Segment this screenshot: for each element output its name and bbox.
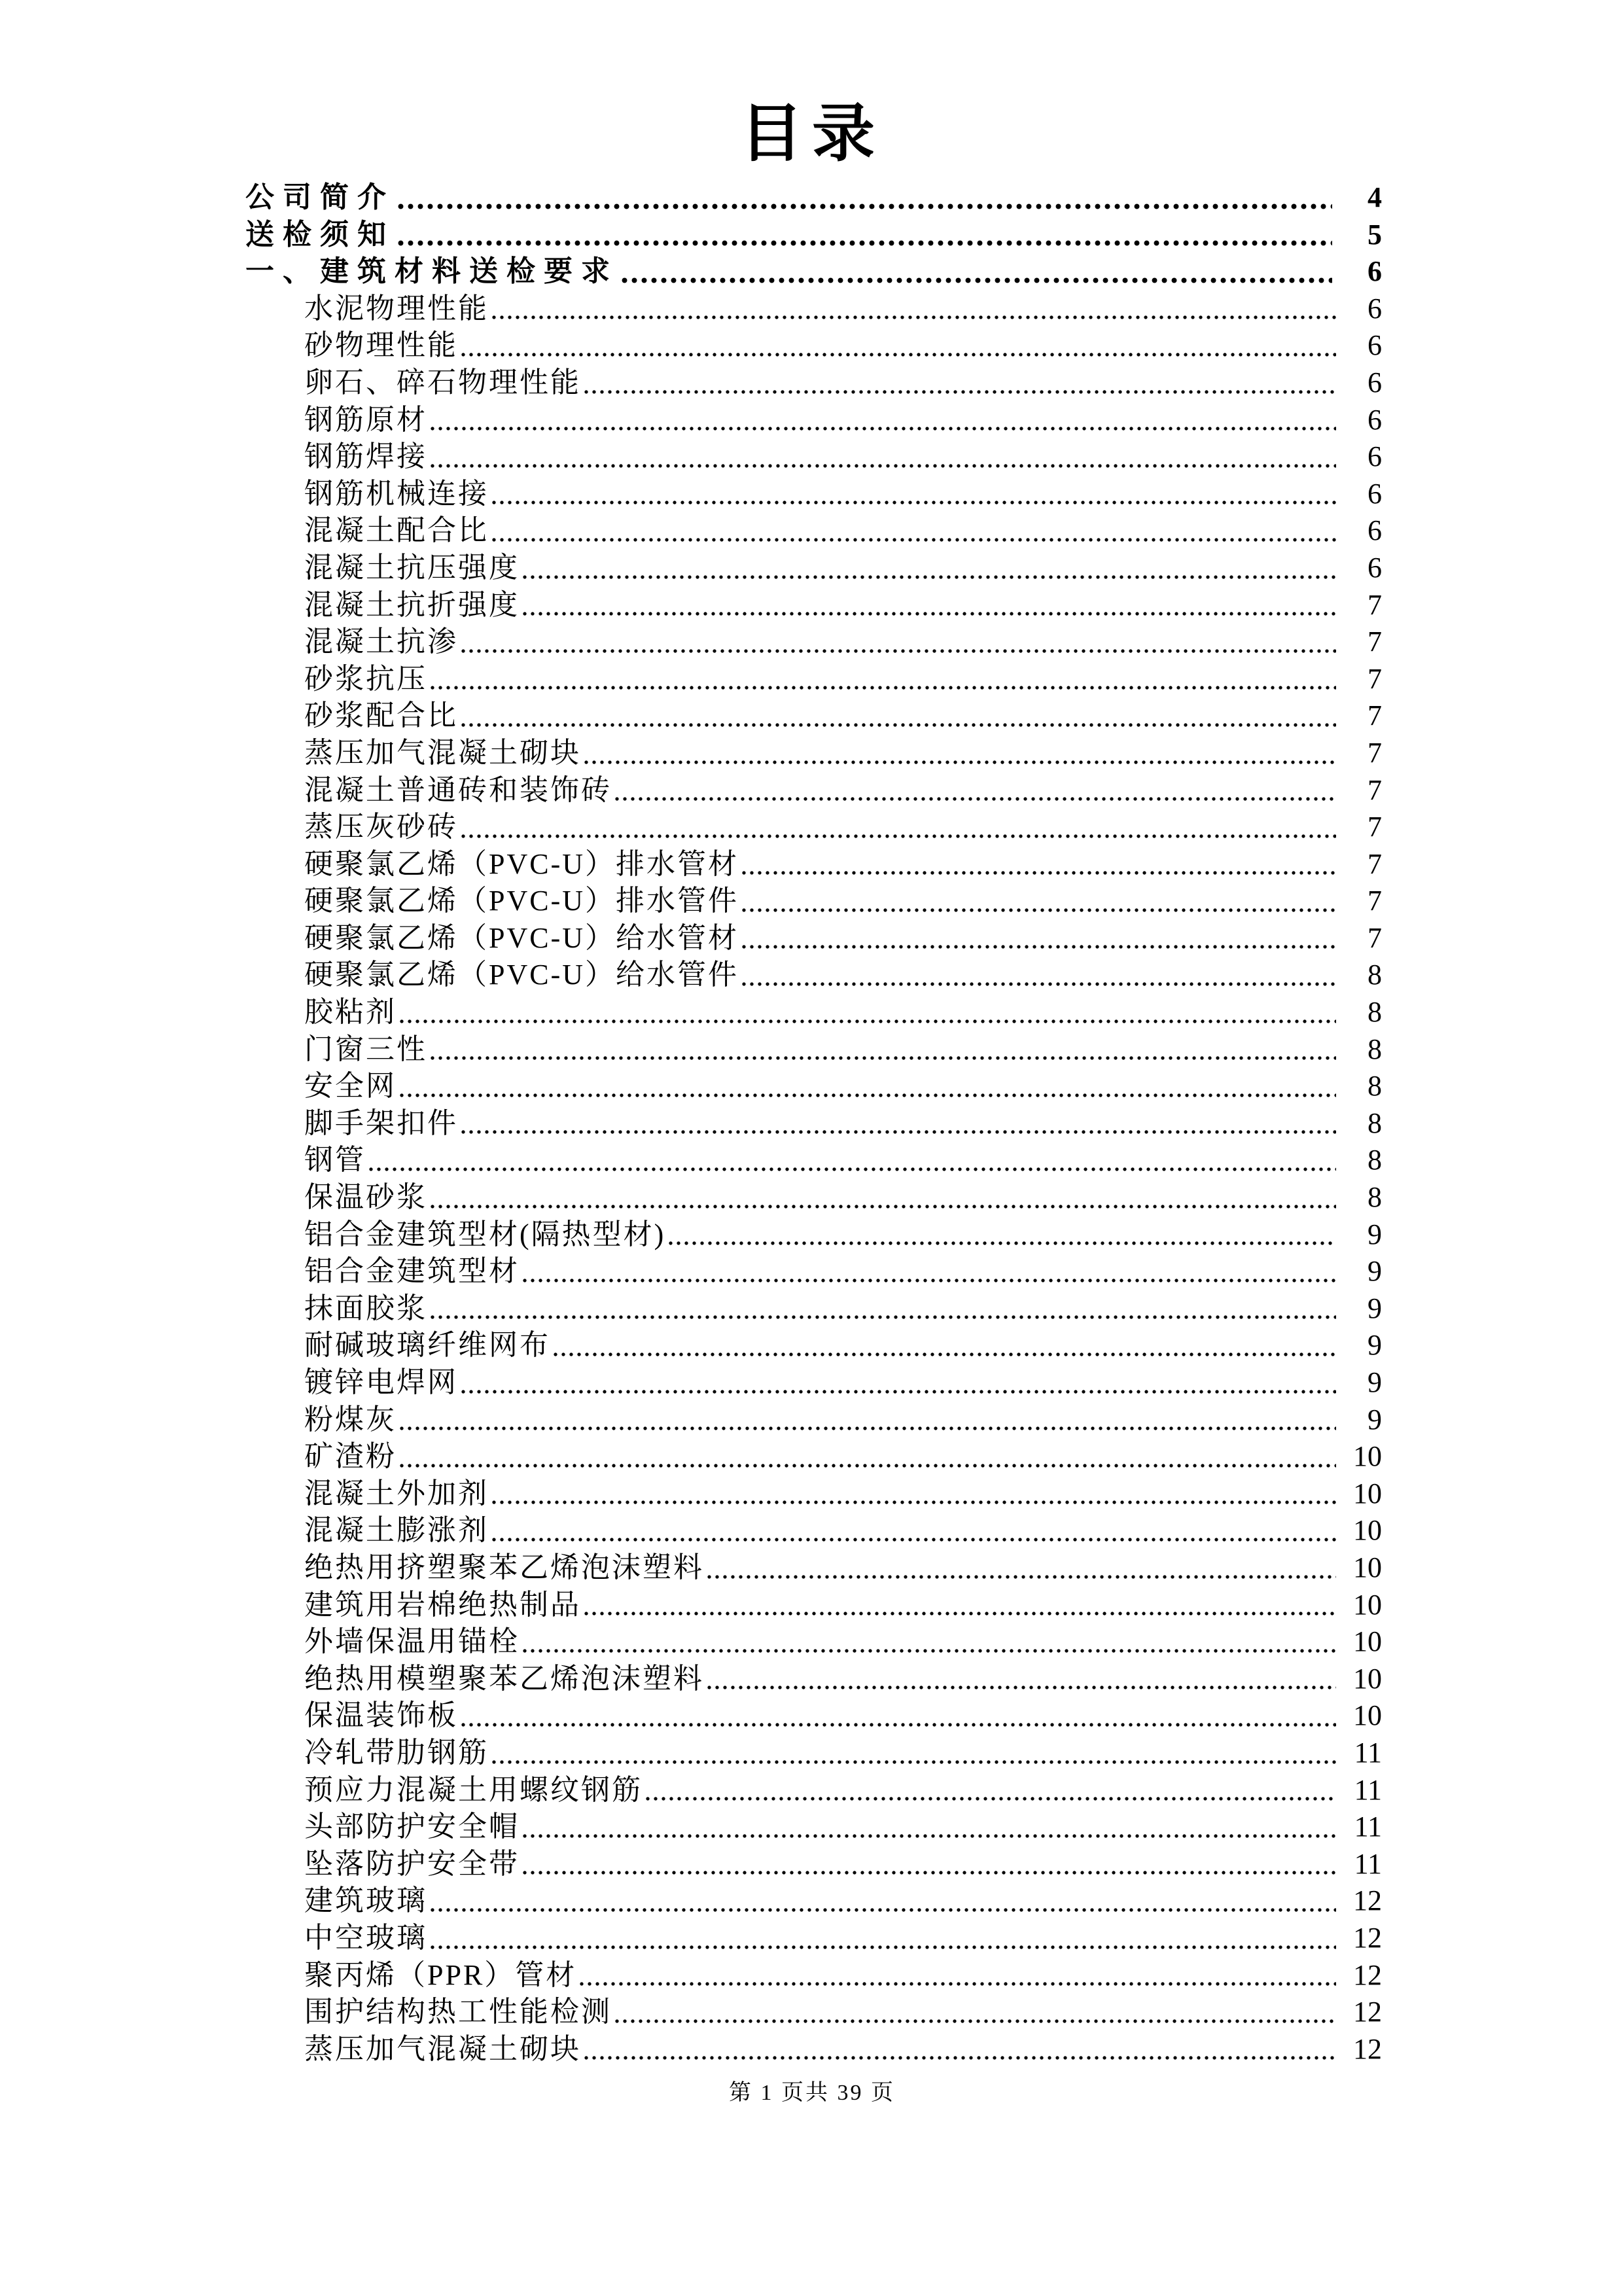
toc-leader-dots <box>582 364 1336 402</box>
toc-entry-label: 门窗三性 <box>245 1031 427 1069</box>
toc-entry-label: 砂物理性能 <box>245 327 458 364</box>
toc-leader-dots <box>552 1327 1336 1364</box>
toc-page-number: 12 <box>1341 2031 1382 2068</box>
toc-leader-dots <box>459 809 1336 846</box>
toc-page-number: 5 <box>1341 217 1382 254</box>
toc-page-number: 11 <box>1341 1846 1382 1883</box>
toc-leader-dots <box>490 512 1336 550</box>
toc-leader-dots <box>490 1475 1336 1513</box>
toc-entry-label: 一、建筑材料送检要求 <box>245 253 618 291</box>
toc-leader-dots <box>521 1846 1336 1883</box>
toc-leader-dots <box>582 735 1336 772</box>
toc-page-number: 6 <box>1341 327 1382 364</box>
toc-page-number: 7 <box>1341 661 1382 698</box>
toc-entry-label: 绝热用挤塑聚苯乙烯泡沫塑料 <box>245 1549 704 1587</box>
toc-row: 蒸压加气混凝土砌块12 <box>245 2031 1382 2068</box>
toc-page-number: 9 <box>1341 1290 1382 1328</box>
toc-leader-dots <box>521 587 1336 624</box>
toc-leader-dots <box>521 1623 1336 1661</box>
toc-entry-label: 砂浆配合比 <box>245 698 458 735</box>
toc-leader-dots <box>398 1402 1336 1439</box>
toc-page-number: 6 <box>1341 364 1382 402</box>
toc-entry-label: 建筑玻璃 <box>245 1882 427 1920</box>
toc-row: 镀锌电焊网9 <box>245 1364 1382 1402</box>
toc-entry-label: 抹面胶浆 <box>245 1290 427 1328</box>
toc-page-number: 12 <box>1341 1957 1382 1994</box>
toc-leader-dots <box>459 624 1336 661</box>
toc-page-number: 9 <box>1341 1364 1382 1402</box>
toc-page-number: 10 <box>1341 1623 1382 1661</box>
toc-page-number: 7 <box>1341 735 1382 772</box>
toc-row: 矿渣粉10 <box>245 1438 1382 1475</box>
toc-row: 公司简介4 <box>245 179 1382 217</box>
toc-page-number: 6 <box>1341 291 1382 328</box>
toc-entry-label: 头部防护安全帽 <box>245 1809 520 1846</box>
toc-entry-label: 硬聚氯乙烯（PVC-U）排水管件 <box>245 883 739 920</box>
toc-entry-label: 建筑用岩棉绝热制品 <box>245 1587 581 1624</box>
toc-leader-dots <box>429 661 1336 698</box>
toc-leader-dots <box>398 994 1336 1031</box>
toc-page-number: 10 <box>1341 1587 1382 1624</box>
toc-row: 混凝土抗压强度6 <box>245 550 1382 587</box>
toc-row: 耐碱玻璃纤维网布9 <box>245 1327 1382 1364</box>
toc-leader-dots <box>429 438 1336 476</box>
toc-leader-dots <box>429 1031 1336 1069</box>
toc-page-number: 7 <box>1341 883 1382 920</box>
toc-row: 蒸压灰砂砖7 <box>245 809 1382 846</box>
toc-row: 抹面胶浆9 <box>245 1290 1382 1328</box>
toc-entry-label: 保温装饰板 <box>245 1697 458 1735</box>
toc-leader-dots <box>367 1142 1336 1179</box>
toc-page-number: 7 <box>1341 809 1382 846</box>
toc-page-number: 6 <box>1341 512 1382 550</box>
toc-leader-dots <box>396 217 1332 254</box>
toc-leader-dots <box>490 1512 1336 1549</box>
toc-row: 围护结构热工性能检测12 <box>245 1994 1382 2031</box>
toc-entry-label: 砂浆抗压 <box>245 661 427 698</box>
toc-row: 绝热用模塑聚苯乙烯泡沫塑料10 <box>245 1661 1382 1698</box>
toc-entry-label: 脚手架扣件 <box>245 1105 458 1142</box>
toc-leader-dots <box>459 1697 1336 1735</box>
toc-page-number: 4 <box>1341 179 1382 217</box>
toc-entry-label: 矿渣粉 <box>245 1438 397 1475</box>
toc-entry-label: 钢筋焊接 <box>245 438 427 476</box>
toc-row: 钢管8 <box>245 1142 1382 1179</box>
toc-page-number: 6 <box>1341 550 1382 587</box>
toc-row: 聚丙烯（PPR）管材12 <box>245 1957 1382 1994</box>
toc-page-number: 7 <box>1341 920 1382 957</box>
toc-row: 铝合金建筑型材(隔热型材)9 <box>245 1216 1382 1254</box>
toc-entry-label: 钢管 <box>245 1142 366 1179</box>
toc-entry-label: 坠落防护安全带 <box>245 1846 520 1883</box>
toc-leader-dots <box>582 1587 1336 1624</box>
document-page: 目录 公司简介4送检须知5一、建筑材料送检要求6水泥物理性能6砂物理性能6卵石、… <box>0 0 1624 2296</box>
toc-page-number: 10 <box>1341 1661 1382 1698</box>
toc-page-number: 8 <box>1341 1031 1382 1069</box>
toc-leader-dots <box>459 1364 1336 1402</box>
toc-entry-label: 蒸压加气混凝土砌块 <box>245 2031 581 2068</box>
toc-row: 保温砂浆8 <box>245 1179 1382 1216</box>
toc-row: 钢筋焊接6 <box>245 438 1382 476</box>
toc-leader-dots <box>613 772 1336 809</box>
toc-list: 公司简介4送检须知5一、建筑材料送检要求6水泥物理性能6砂物理性能6卵石、碎石物… <box>245 179 1382 2068</box>
toc-entry-label: 混凝土抗渗 <box>245 624 458 661</box>
toc-leader-dots <box>578 1957 1336 1994</box>
toc-row: 砂浆抗压7 <box>245 661 1382 698</box>
toc-page-number: 10 <box>1341 1475 1382 1513</box>
toc-leader-dots <box>490 1735 1336 1772</box>
toc-entry-label: 钢筋机械连接 <box>245 476 489 513</box>
toc-row: 卵石、碎石物理性能6 <box>245 364 1382 402</box>
toc-leader-dots <box>705 1661 1336 1698</box>
toc-leader-dots <box>644 1772 1336 1809</box>
toc-page-number: 9 <box>1341 1402 1382 1439</box>
toc-page-number: 6 <box>1341 253 1382 291</box>
page-footer: 第 1 页共 39 页 <box>0 2074 1624 2106</box>
toc-row: 头部防护安全帽11 <box>245 1809 1382 1846</box>
toc-row: 硬聚氯乙烯（PVC-U）排水管材7 <box>245 846 1382 883</box>
toc-leader-dots <box>398 1068 1336 1105</box>
toc-page-number: 8 <box>1341 1068 1382 1105</box>
toc-row: 外墙保温用锚栓10 <box>245 1623 1382 1661</box>
toc-page-number: 10 <box>1341 1549 1382 1587</box>
toc-page-number: 8 <box>1341 1142 1382 1179</box>
toc-row: 混凝土抗渗7 <box>245 624 1382 661</box>
toc-row: 冷轧带肋钢筋11 <box>245 1735 1382 1772</box>
toc-row: 一、建筑材料送检要求6 <box>245 253 1382 291</box>
toc-leader-dots <box>429 402 1336 439</box>
toc-row: 硬聚氯乙烯（PVC-U）给水管件8 <box>245 957 1382 994</box>
toc-page-number: 9 <box>1341 1327 1382 1364</box>
toc-row: 砂物理性能6 <box>245 327 1382 364</box>
toc-entry-label: 蒸压加气混凝土砌块 <box>245 735 581 772</box>
toc-row: 水泥物理性能6 <box>245 291 1382 328</box>
toc-page-number: 7 <box>1341 624 1382 661</box>
toc-row: 蒸压加气混凝土砌块7 <box>245 735 1382 772</box>
toc-leader-dots <box>429 1882 1336 1920</box>
toc-entry-label: 中空玻璃 <box>245 1920 427 1957</box>
toc-leader-dots <box>396 179 1332 217</box>
toc-entry-label: 蒸压灰砂砖 <box>245 809 458 846</box>
toc-entry-label: 硬聚氯乙烯（PVC-U）排水管材 <box>245 846 739 883</box>
toc-page-number: 10 <box>1341 1438 1382 1475</box>
toc-page-number: 8 <box>1341 1105 1382 1142</box>
toc-leader-dots <box>521 550 1336 587</box>
toc-row: 安全网8 <box>245 1068 1382 1105</box>
toc-leader-dots <box>429 1290 1336 1328</box>
toc-page-number: 7 <box>1341 587 1382 624</box>
toc-page-number: 9 <box>1341 1253 1382 1290</box>
toc-row: 混凝土外加剂10 <box>245 1475 1382 1513</box>
toc-page-number: 8 <box>1341 1179 1382 1216</box>
toc-row: 钢筋机械连接6 <box>245 476 1382 513</box>
toc-entry-label: 卵石、碎石物理性能 <box>245 364 581 402</box>
toc-row: 胶粘剂8 <box>245 994 1382 1031</box>
toc-page-number: 8 <box>1341 957 1382 994</box>
toc-entry-label: 混凝土外加剂 <box>245 1475 489 1513</box>
toc-entry-label: 混凝土普通砖和装饰砖 <box>245 772 612 809</box>
toc-entry-label: 耐碱玻璃纤维网布 <box>245 1327 550 1364</box>
toc-page-number: 6 <box>1341 402 1382 439</box>
toc-entry-label: 保温砂浆 <box>245 1179 427 1216</box>
toc-row: 坠落防护安全带11 <box>245 1846 1382 1883</box>
toc-entry-label: 安全网 <box>245 1068 397 1105</box>
toc-row: 混凝土抗折强度7 <box>245 587 1382 624</box>
toc-entry-label: 冷轧带肋钢筋 <box>245 1735 489 1772</box>
toc-row: 脚手架扣件8 <box>245 1105 1382 1142</box>
toc-page-number: 11 <box>1341 1809 1382 1846</box>
toc-leader-dots <box>429 1179 1336 1216</box>
toc-row: 铝合金建筑型材9 <box>245 1253 1382 1290</box>
toc-entry-label: 镀锌电焊网 <box>245 1364 458 1402</box>
toc-entry-label: 外墙保温用锚栓 <box>245 1623 520 1661</box>
toc-row: 混凝土配合比6 <box>245 512 1382 550</box>
toc-row: 门窗三性8 <box>245 1031 1382 1069</box>
toc-entry-label: 铝合金建筑型材(隔热型材) <box>245 1216 665 1254</box>
toc-page-number: 12 <box>1341 1994 1382 2031</box>
toc-page-number: 7 <box>1341 772 1382 809</box>
toc-entry-label: 铝合金建筑型材 <box>245 1253 520 1290</box>
toc-entry-label: 胶粘剂 <box>245 994 397 1031</box>
toc-leader-dots <box>459 327 1336 364</box>
toc-page-number: 10 <box>1341 1697 1382 1735</box>
toc-row: 硬聚氯乙烯（PVC-U）排水管件7 <box>245 883 1382 920</box>
toc-entry-label: 围护结构热工性能检测 <box>245 1994 612 2031</box>
toc-entry-label: 混凝土抗压强度 <box>245 550 520 587</box>
toc-row: 建筑玻璃12 <box>245 1882 1382 1920</box>
toc-row: 保温装饰板10 <box>245 1697 1382 1735</box>
toc-entry-label: 绝热用模塑聚苯乙烯泡沫塑料 <box>245 1661 704 1698</box>
toc-entry-label: 混凝土配合比 <box>245 512 489 550</box>
toc-leader-dots <box>429 1920 1336 1957</box>
toc-row: 混凝土普通砖和装饰砖7 <box>245 772 1382 809</box>
toc-entry-label: 硬聚氯乙烯（PVC-U）给水管件 <box>245 957 739 994</box>
toc-entry-label: 硬聚氯乙烯（PVC-U）给水管材 <box>245 920 739 957</box>
toc-page-number: 11 <box>1341 1772 1382 1809</box>
toc-leader-dots <box>521 1809 1336 1846</box>
toc-page-number: 12 <box>1341 1920 1382 1957</box>
toc-leader-dots <box>740 920 1336 957</box>
toc-page-number: 7 <box>1341 698 1382 735</box>
toc-row: 混凝土膨涨剂10 <box>245 1512 1382 1549</box>
toc-leader-dots <box>398 1438 1336 1475</box>
toc-entry-label: 公司简介 <box>245 179 395 217</box>
toc-leader-dots <box>490 476 1336 513</box>
toc-row: 建筑用岩棉绝热制品10 <box>245 1587 1382 1624</box>
toc-entry-label: 钢筋原材 <box>245 402 427 439</box>
toc-page-number: 10 <box>1341 1512 1382 1549</box>
toc-row: 砂浆配合比7 <box>245 698 1382 735</box>
toc-leader-dots <box>459 698 1336 735</box>
toc-leader-dots <box>490 291 1336 328</box>
toc-leader-dots <box>459 1105 1336 1142</box>
toc-leader-dots <box>582 2031 1336 2068</box>
toc-leader-dots <box>620 253 1332 291</box>
toc-entry-label: 水泥物理性能 <box>245 291 489 328</box>
toc-row: 硬聚氯乙烯（PVC-U）给水管材7 <box>245 920 1382 957</box>
toc-entry-label: 预应力混凝土用螺纹钢筋 <box>245 1772 643 1809</box>
toc-entry-label: 混凝土抗折强度 <box>245 587 520 624</box>
toc-page-number: 8 <box>1341 994 1382 1031</box>
toc-leader-dots <box>740 883 1336 920</box>
toc-entry-label: 粉煤灰 <box>245 1402 397 1439</box>
toc-leader-dots <box>740 846 1336 883</box>
toc-entry-label: 送检须知 <box>245 217 395 254</box>
toc-row: 预应力混凝土用螺纹钢筋11 <box>245 1772 1382 1809</box>
toc-entry-label: 混凝土膨涨剂 <box>245 1512 489 1549</box>
page-title: 目录 <box>0 99 1624 169</box>
toc-row: 送检须知5 <box>245 217 1382 254</box>
toc-entry-label: 聚丙烯（PPR）管材 <box>245 1957 576 1994</box>
toc-leader-dots <box>613 1994 1336 2031</box>
toc-row: 粉煤灰9 <box>245 1402 1382 1439</box>
toc-row: 钢筋原材6 <box>245 402 1382 439</box>
toc-leader-dots <box>740 957 1336 994</box>
toc-row: 中空玻璃12 <box>245 1920 1382 1957</box>
toc-leader-dots <box>521 1253 1336 1290</box>
toc-page-number: 6 <box>1341 438 1382 476</box>
toc-page-number: 11 <box>1341 1735 1382 1772</box>
toc-row: 绝热用挤塑聚苯乙烯泡沫塑料10 <box>245 1549 1382 1587</box>
toc-leader-dots <box>667 1216 1336 1254</box>
toc-leader-dots <box>705 1549 1336 1587</box>
toc-page-number: 9 <box>1341 1216 1382 1254</box>
toc-page-number: 6 <box>1341 476 1382 513</box>
toc-page-number: 7 <box>1341 846 1382 883</box>
toc-page-number: 12 <box>1341 1882 1382 1920</box>
